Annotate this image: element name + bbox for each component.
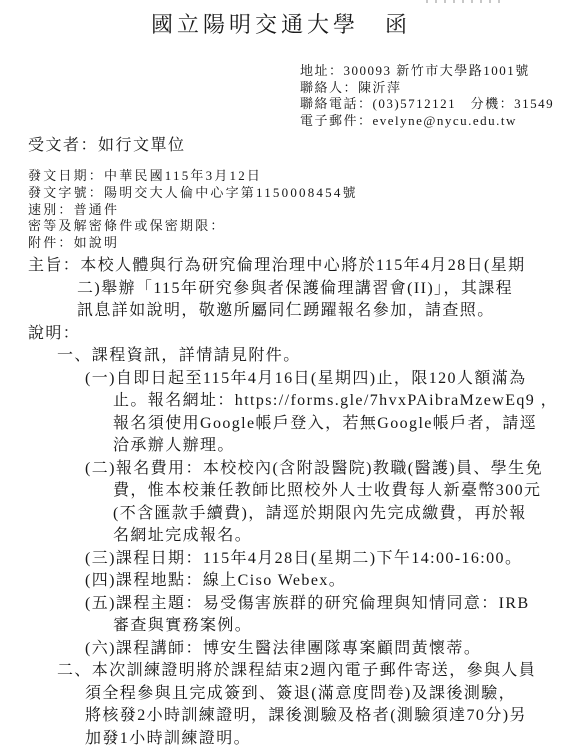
sender-email: 電子郵件：evelyne@nycu.edu.tw xyxy=(300,113,554,130)
document-metadata-block: 發文日期：中華民國115年3月12日 發文字號：陽明交大人倫中心字第115000… xyxy=(28,168,358,252)
delivery-speed: 速別：普通件 xyxy=(28,202,358,219)
doc-number: 發文字號：陽明交大人倫中心字第1150008454號 xyxy=(28,185,358,202)
sub-item-1-line: (一)自即日起至115年4月16日(星期四)止，限120人額滿為 xyxy=(85,368,554,391)
subject-line: 二)舉辦「115年研究參與者保護倫理講習會(II)」，其課程 xyxy=(77,278,554,301)
recipient-line: 受文者：如行文單位 xyxy=(28,132,186,155)
subject-line: 主旨：本校人體與行為研究倫理治理中心將於115年4月28日(星期 xyxy=(28,255,554,278)
explanation-item-2-line: 二、本次訓練證明將於課程結束2週內電子郵件寄送，參與人員 xyxy=(57,660,554,683)
explanation-item-2-line: 須全程參與且完成簽到、簽退(滿意度問卷)及課後測驗， xyxy=(85,683,554,706)
sub-item-2-line: (二)報名費用：本校校內(含附設醫院)教職(醫護)員、學生免 xyxy=(85,458,554,481)
explanation-item-2-line: 將核發2小時訓練證明，課後測驗及格者(測驗須達70分)另 xyxy=(85,705,554,728)
official-letter-page: 國立陽明交通大學 函 地址：300093 新竹市大學路1001號 聯絡人：陳沂萍… xyxy=(0,0,562,754)
security-classification: 密等及解密條件或保密期限： xyxy=(28,218,358,235)
sub-item-2-line: 費，惟本校兼任教師比照校外人士收費每人新臺幣300元 xyxy=(113,480,554,503)
sub-item-2-line: (不含匯款手續費)，請逕於期限內先完成繳費，再於報 xyxy=(113,503,554,526)
sub-item-4: (四)課程地點：線上Ciso Webex。 xyxy=(85,570,554,593)
sub-item-3: (三)課程日期：115年4月28日(星期二)下午14:00-16:00。 xyxy=(85,548,554,571)
sender-contact-block: 地址：300093 新竹市大學路1001號 聯絡人：陳沂萍 聯絡電話：(03)5… xyxy=(300,63,554,129)
sender-phone: 聯絡電話：(03)5712121 分機：31549 xyxy=(300,96,554,113)
explanation-item-2-line: 加發1小時訓練證明。 xyxy=(85,728,554,751)
subject-line: 訊息詳如說明，敬邀所屬同仁踴躍報名參加，請查照。 xyxy=(77,300,554,323)
sub-item-1-line: 洽承辦人辦理。 xyxy=(113,435,554,458)
sub-item-1-line: 止。報名網址：https://forms.gle/7hvxPAibraMzewE… xyxy=(113,390,554,413)
issue-date: 發文日期：中華民國115年3月12日 xyxy=(28,168,358,185)
letter-body: 主旨：本校人體與行為研究倫理治理中心將於115年4月28日(星期 二)舉辦「11… xyxy=(28,255,554,750)
attachment-note: 附件：如說明 xyxy=(28,235,358,252)
sender-address: 地址：300093 新竹市大學路1001號 xyxy=(300,63,554,80)
explanation-heading: 說明： xyxy=(28,323,554,346)
sub-item-1-line: 報名須使用Google帳戶登入，若無Google帳戶者，請逕 xyxy=(113,413,554,436)
sub-item-5-line: 審查與實務案例。 xyxy=(113,615,554,638)
sub-item-2-line: 名網址完成報名。 xyxy=(113,525,554,548)
clipped-stamp-remnant xyxy=(426,0,504,3)
explanation-item-1: 一、課程資訊，詳情請見附件。 xyxy=(57,345,554,368)
sender-contact-person: 聯絡人：陳沂萍 xyxy=(300,80,554,97)
sub-item-6: (六)課程講師：博安生醫法律團隊專案顧問黃懷蒂。 xyxy=(85,638,554,661)
letter-title: 國立陽明交通大學 函 xyxy=(0,8,562,39)
sub-item-5-line: (五)課程主題：易受傷害族群的研究倫理與知情同意：IRB xyxy=(85,593,554,616)
